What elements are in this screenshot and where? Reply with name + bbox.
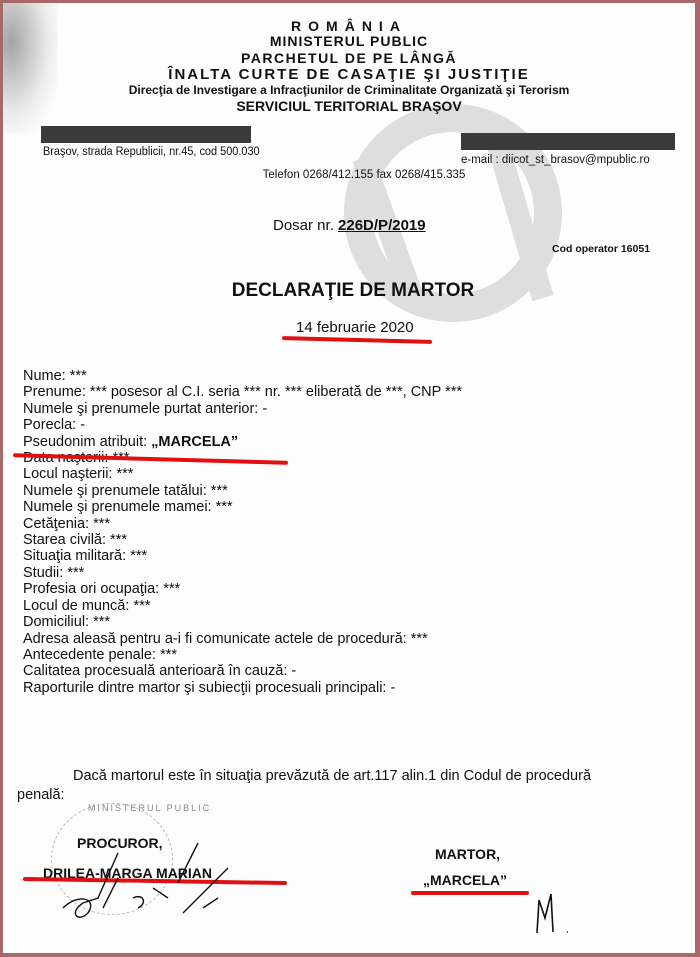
header-country: ROMÂNIA [3,18,695,34]
field-label: Studii: [23,565,63,581]
field-label: Pseudonim atribuit: [23,434,147,450]
field-label: Prenume: [23,384,86,400]
field-value: *** [411,631,428,647]
field-value: *** [160,647,177,663]
witness-field-row: Prenume: *** posesor al C.I. seria *** n… [23,384,462,400]
field-label: Antecedente penale: [23,647,156,663]
witness-field-row: Profesia ori ocupaţia: *** [23,581,462,597]
field-label: Numele şi prenumele purtat anterior: [23,401,258,417]
dosar-label: Dosar nr. [273,217,334,234]
witness-field-row: Nume: *** [23,368,462,384]
field-value: - [262,401,267,417]
field-label: Profesia ori ocupaţia: [23,581,159,597]
document-date: 14 februarie 2020 [296,319,414,336]
field-value: *** [133,598,150,614]
field-label: Situaţia militară: [23,548,126,564]
witness-name: „MARCELA” [423,872,507,888]
stamp-text: MINISTERUL PUBLIC [88,803,211,813]
witness-field-row: Antecedente penale: *** [23,647,462,663]
header-court: ÎNALTA CURTE DE CASAŢIE ŞI JUSTIŢIE [3,66,695,83]
contact-phone: Telefon 0268/412.155 fax 0268/415.335 [3,169,695,181]
witness-field-row: Domiciliul: *** [23,614,462,630]
field-label: Locul de muncă: [23,598,129,614]
contact-email: e-mail : diicot_st_brasov@mpublic.ro [461,154,650,166]
redaction-bar-left [41,126,251,143]
header-ministry: MINISTERUL PUBLIC [3,33,695,49]
field-value: *** [163,581,180,597]
field-label: Domiciliul: [23,614,89,630]
field-value: *** [70,368,87,384]
header-prosecutor-office: PARCHETUL DE PE LÂNGĂ [3,50,695,66]
field-label: Raporturile dintre martor şi subiecţii p… [23,680,386,696]
witness-field-row: Numele şi prenumele tatălui: *** [23,483,462,499]
witness-field-row: Locul naşterii: *** [23,466,462,482]
witness-field-row: Cetăţenia: *** [23,516,462,532]
field-value: *** [110,532,127,548]
document-title: DECLARAŢIE DE MARTOR [3,280,695,302]
field-value: - [80,417,85,433]
header-directorate: Direcţia de Investigare a Infracţiunilor… [3,83,695,97]
witness-field-row: Raporturile dintre martor şi subiecţii p… [23,680,462,696]
dosar-number: 226D/P/2019 [338,217,426,234]
field-label: Locul naşterii: [23,466,112,482]
field-value: - [291,663,296,679]
contact-address: Braşov, strada Republicii, nr.45, cod 50… [43,146,260,158]
witness-field-row: Numele şi prenumele purtat anterior: - [23,401,462,417]
witness-role: MARTOR, [435,846,500,862]
witness-field-row: Pseudonim atribuit: „MARCELA” [23,434,462,450]
witness-field-row: Studii: *** [23,565,462,581]
field-value: *** [216,499,233,515]
witness-field-row: Calitatea procesuală anterioară în cauză… [23,663,462,679]
field-value: *** [67,565,84,581]
field-value: - [391,680,396,696]
field-label: Numele şi prenumele tatălui: [23,483,207,499]
witness-field-row: Locul de muncă: *** [23,598,462,614]
field-label: Porecla: [23,417,76,433]
operator-code: Cod operator 16051 [552,243,650,255]
field-label: Adresa aleasă pentru a-i fi comunicate a… [23,631,407,647]
redaction-bar-right [461,133,675,150]
field-value: *** posesor al C.I. seria *** nr. *** el… [90,384,462,400]
field-label: Cetăţenia: [23,516,89,532]
field-value: *** [93,614,110,630]
witness-field-row: Porecla: - [23,417,462,433]
field-value: *** [130,548,147,564]
witness-field-row: Adresa aleasă pentru a-i fi comunicate a… [23,631,462,647]
header-service: SERVICIUL TERITORIAL BRAŞOV [3,98,695,114]
statement-line-2: penală: [17,787,65,803]
witness-field-row: Starea civilă: *** [23,532,462,548]
witness-field-row: Situaţia militară: *** [23,548,462,564]
field-label: Numele şi prenumele mamei: [23,499,212,515]
field-value: „MARCELA” [151,434,238,450]
field-label: Nume: [23,368,66,384]
field-value: *** [93,516,110,532]
case-file-number: Dosar nr. 226D/P/2019 [273,217,426,234]
witness-fields-list: Nume: ***Prenume: *** posesor al C.I. se… [23,368,462,696]
statement-line-1: Dacă martorul este în situaţia prevăzută… [73,768,591,784]
scanned-document-page: ROMÂNIA MINISTERUL PUBLIC PARCHETUL DE P… [3,3,695,953]
prosecutor-signature-icon [58,838,238,928]
witness-red-underline [411,891,529,895]
field-value: *** [211,483,228,499]
witness-signature-icon [531,888,581,938]
witness-field-row: Numele şi prenumele mamei: *** [23,499,462,515]
date-red-underline [282,336,432,344]
field-label: Starea civilă: [23,532,106,548]
field-label: Calitatea procesuală anterioară în cauză… [23,663,287,679]
field-value: *** [117,466,134,482]
